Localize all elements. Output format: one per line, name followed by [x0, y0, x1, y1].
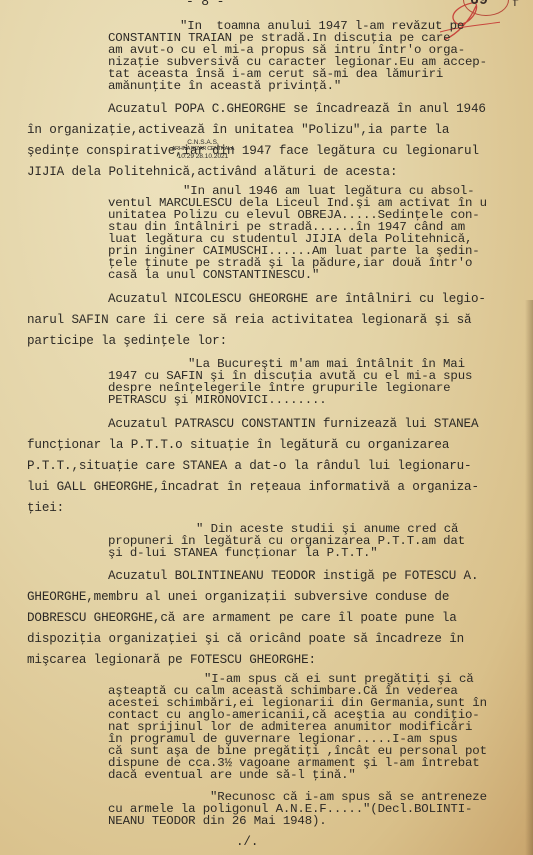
- text-line: NEANU TEODOR din 26 Mai 1948).: [108, 816, 327, 827]
- cnsas-watermark: C.N.S.A.S. ARHIVA RIZAR CENTRALA 10:29 2…: [163, 139, 243, 160]
- text-line: P.T.T.,situaţie care STANEA a dat-o la r…: [27, 460, 471, 473]
- text-line: casă la unul CONSTANTINESCU.": [108, 270, 319, 281]
- text-line: DOBRESCU GHEORGHE,că are armament pe car…: [27, 612, 457, 625]
- document-page: - 8 - 09 f "In toamna anului 1947 l-am r…: [0, 0, 533, 855]
- watermark-org: C.N.S.A.S.: [163, 139, 243, 146]
- archive-stamp-suffix: f: [512, 0, 519, 10]
- text-line: narul SAFIN care îi cere să reia activit…: [27, 314, 471, 327]
- text-line: PETRASCU şi MIRONOVICI........: [108, 395, 327, 406]
- text-line: Acuzatul BOLINTINEANU TEODOR instigă pe …: [108, 570, 478, 583]
- text-line: Acuzatul NICOLESCU GHEORGHE are întâlnir…: [108, 293, 486, 306]
- text-line: Acuzatul PATRASCU CONSTANTIN furnizează …: [108, 418, 478, 431]
- text-line: amănunţite în această privinţă.": [108, 81, 341, 92]
- watermark-timestamp: 10:29 28.10.2021: [163, 153, 243, 160]
- text-line: JIJIA dela Politehnică,activând alături …: [27, 166, 397, 179]
- watermark-label: ARHIVA RIZAR CENTRALA: [163, 146, 243, 153]
- text-line: funcţionar la P.T.T.o situaţie în legătu…: [27, 439, 449, 452]
- text-line: participe la şedinţele lor:: [27, 335, 227, 348]
- text-line: dacă eventual are unde să-l ţină.": [108, 770, 356, 781]
- continuation-mark: ./.: [236, 836, 258, 849]
- text-line: şi d-lui STANEA funcţionar la P.T.T.": [108, 548, 378, 559]
- text-line: GHEORGHE,membru al unei organizaţii subv…: [27, 591, 449, 604]
- text-line: şedinţe conspirative,iar din 1947 face l…: [27, 145, 479, 158]
- text-line: ţiei:: [27, 502, 64, 515]
- text-line: Acuzatul POPA C.GHEORGHE se încadrează î…: [108, 103, 486, 116]
- text-line: în organizaţie,activează în unitatea "Po…: [27, 124, 449, 137]
- page-number: - 8 -: [186, 0, 224, 8]
- text-line: lui GALL GHEORGHE,încadrat în reţeaua in…: [27, 481, 479, 494]
- text-line: mişcarea legionară pe FOTESCU GHEORGHE:: [27, 654, 316, 667]
- text-line: dispoziţia organizaţiei şi că oricând po…: [27, 633, 464, 646]
- archive-stamp-number: 09: [470, 0, 488, 9]
